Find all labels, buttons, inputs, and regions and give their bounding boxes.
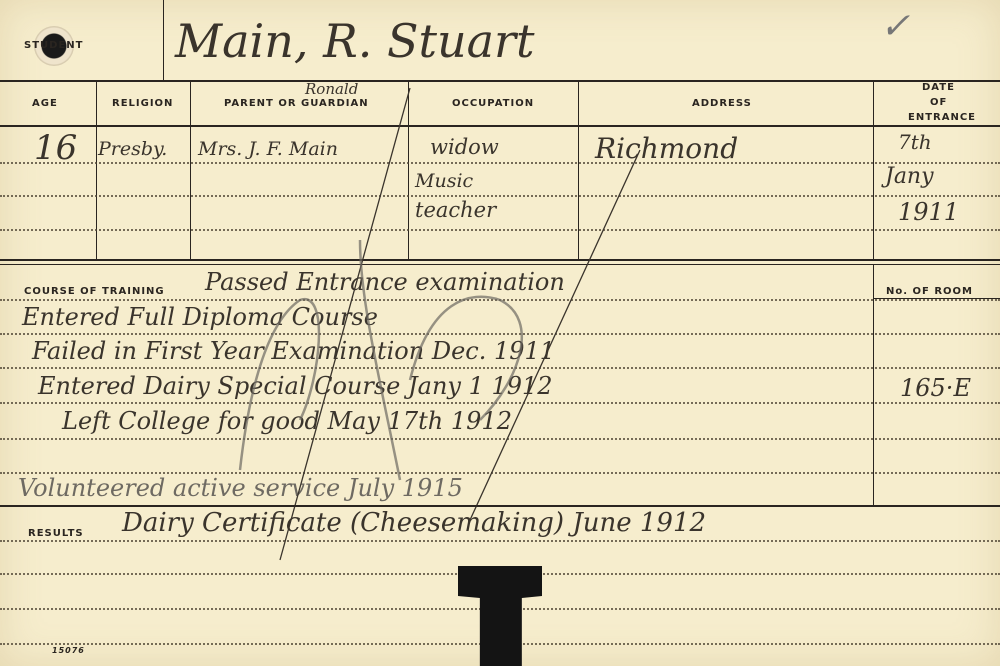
student-record-card: STUDENT Main, R. Stuart Ronald ✓ AGE REL… — [0, 0, 1000, 666]
divider — [0, 505, 1000, 507]
ruled-line — [0, 540, 1000, 542]
results-header: RESULTS — [28, 528, 84, 539]
results-value: Dairy Certificate (Cheesemaking) June 19… — [122, 508, 706, 538]
form-number: 15076 — [52, 646, 85, 655]
